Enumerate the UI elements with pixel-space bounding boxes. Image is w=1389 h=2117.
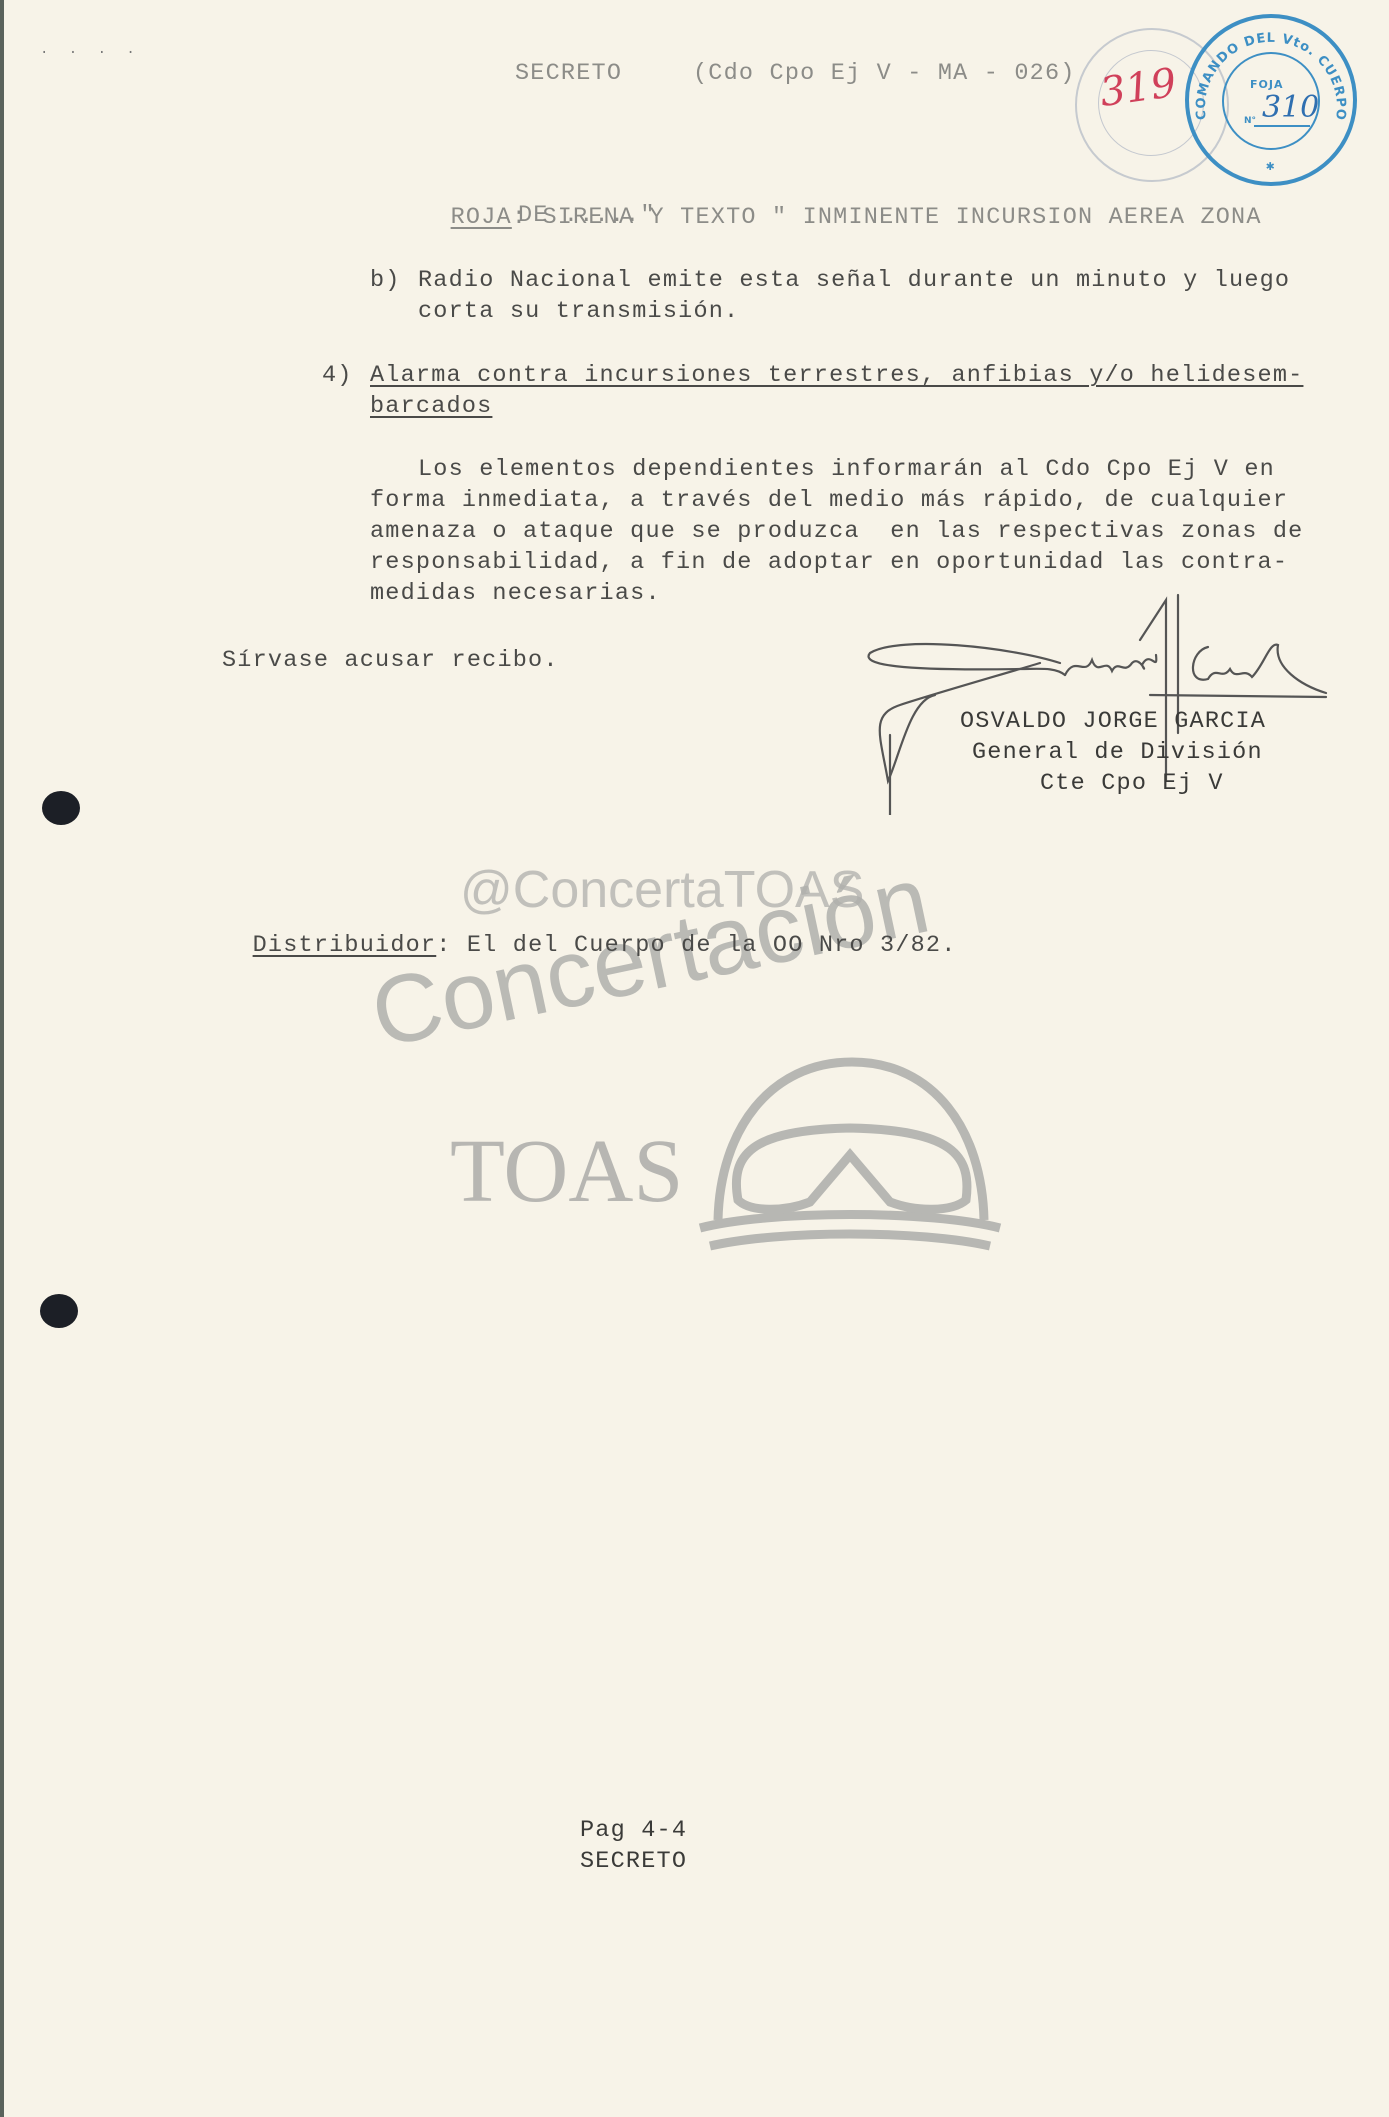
header-classification: SECRETO xyxy=(515,58,622,90)
distribution-label: Distribuidor xyxy=(253,932,437,959)
signer-rank: General de División xyxy=(972,737,1263,769)
paragraph-line-1: Los elementos dependientes informarán al… xyxy=(418,454,1275,486)
stamp-underline xyxy=(1254,125,1310,127)
watermark-toas: TOAS xyxy=(450,1120,683,1223)
item-b-marker: b) xyxy=(370,265,401,297)
corner-marks: . . . . xyxy=(40,42,141,58)
item-b-line-2: corta su transmisión. xyxy=(418,296,739,328)
paragraph-line-3: amenaza o ataque que se produzca en las … xyxy=(370,516,1303,548)
distribution-text: El del Cuerpo de la OO Nro 3/82. xyxy=(452,932,957,959)
paragraph-line-2: forma inmediata, a través del medio más … xyxy=(370,485,1288,517)
signer-name: OSVALDO JORGE GARCIA xyxy=(960,706,1266,738)
signer-position: Cte Cpo Ej V xyxy=(1040,768,1224,800)
closing-request: Sírvase acusar recibo. xyxy=(222,645,559,677)
helmet-logo-icon xyxy=(690,1050,1010,1260)
item-4-marker: 4) xyxy=(322,360,353,392)
paragraph-line-4: responsabilidad, a fin de adoptar en opo… xyxy=(370,547,1288,579)
footer-classification: SECRETO xyxy=(580,1846,687,1878)
item-4-title-line-1: Alarma contra incursiones terrestres, an… xyxy=(370,360,1303,392)
header-reference: (Cdo Cpo Ej V - MA - 026) xyxy=(693,58,1076,90)
footer-page-number: Pag 4-4 xyxy=(580,1815,687,1847)
distribution-line: Distribuidor: El del Cuerpo de la OO Nro… xyxy=(222,898,957,962)
roja-text-cont: DE ....." xyxy=(518,200,656,232)
hole-punch-bottom xyxy=(40,1294,78,1328)
hole-punch-top xyxy=(42,791,80,825)
stamp-foja-number: 310 xyxy=(1262,90,1319,125)
paragraph-line-5: medidas necesarias. xyxy=(370,578,661,610)
stamp-star-icon: ✱ xyxy=(1266,158,1274,175)
page-edge xyxy=(0,0,4,2117)
item-b-line-1: Radio Nacional emite esta señal durante … xyxy=(418,265,1290,297)
roja-label: ROJA xyxy=(451,204,512,231)
item-4-title-line-2: barcados xyxy=(370,391,492,423)
